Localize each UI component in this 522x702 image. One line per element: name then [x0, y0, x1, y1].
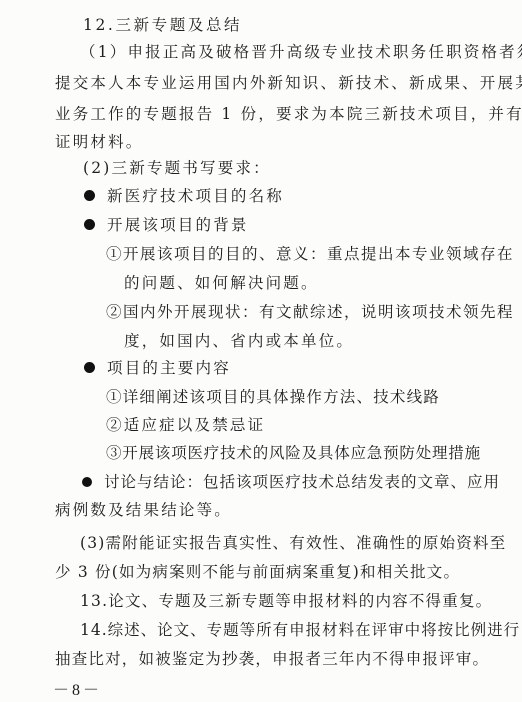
paragraph-3-line-1: (3)需附能证实报告真实性、有效性、准确性的原始资料至 [80, 533, 465, 553]
requirements-heading: (2)三新专题书写要求： [83, 158, 271, 178]
background-subitem-1-line-1: ①开展该项目的目的、意义：重点提出本专业领域存在 [106, 244, 464, 264]
bullet-item-4-text: 讨论与结论：包括该项医疗技术总结发表的文章、应用 [104, 473, 500, 491]
item-14-line-1: 14.综述、论文、专题等所有申报材料在评审中将按比例进行 [80, 620, 465, 640]
bullet-item-4-line-2: 病例数及结果结论等。 [55, 500, 232, 520]
background-subitem-2-line-2: 度，如国内、省内或本单位。 [124, 331, 354, 351]
bullet-item-1: 新医疗技术项目的名称 [84, 186, 284, 206]
item-13: 13.论文、专题及三新专题等申报材料的内容不得重复。 [80, 591, 492, 611]
bullet-item-1-text: 新医疗技术项目的名称 [107, 187, 284, 205]
bullet-icon [82, 477, 92, 487]
bullet-item-3-text: 项目的主要内容 [107, 359, 231, 377]
content-subitem-2: ②适应症以及禁忌证 [106, 415, 265, 435]
bullet-icon [84, 190, 95, 201]
bullet-item-2: 开展该项目的背景 [84, 215, 249, 235]
content-subitem-1: ①详细阐述该项目的具体操作方法、技术线路 [106, 387, 440, 407]
item-14-line-2: 抽查比对，如被鉴定为抄袭，申报者三年内不得申报评审。 [55, 649, 489, 669]
paragraph-1-line-1: （1）申报正高及破格晋升高级专业技术职务任职资格者须 [80, 42, 465, 62]
section-title: 12.三新专题及总结 [83, 15, 242, 35]
bullet-item-4: 讨论与结论：包括该项医疗技术总结发表的文章、应用 [82, 472, 465, 492]
bullet-icon [84, 362, 95, 373]
bullet-item-2-text: 开展该项目的背景 [107, 216, 249, 234]
paragraph-1-line-2: 提交本人本专业运用国内外新知识、新技术、新成果、开展某项 [55, 73, 465, 93]
bullet-item-3: 项目的主要内容 [84, 358, 231, 378]
paragraph-1-line-3: 业务工作的专题报告 1 份，要求为本院三新技术项目，并有相应 [55, 104, 465, 124]
page-number: －8－ [53, 677, 102, 700]
content-subitem-3: ③开展该项医疗技术的风险及具体应急预防处理措施 [106, 443, 464, 463]
background-subitem-1-line-2: 的问题、如何解决问题。 [124, 273, 319, 293]
paragraph-1-line-4: 证明材料。 [55, 132, 144, 152]
document-page: 12.三新专题及总结 （1）申报正高及破格晋升高级专业技术职务任职资格者须 提交… [0, 0, 522, 702]
paragraph-3-line-2: 少 3 份(如为病案则不能与前面病案重复)和相关批文。 [55, 562, 460, 582]
bullet-icon [84, 219, 95, 230]
background-subitem-2-line-1: ②国内外开展现状：有文献综述，说明该项技术领先程 [106, 302, 464, 322]
